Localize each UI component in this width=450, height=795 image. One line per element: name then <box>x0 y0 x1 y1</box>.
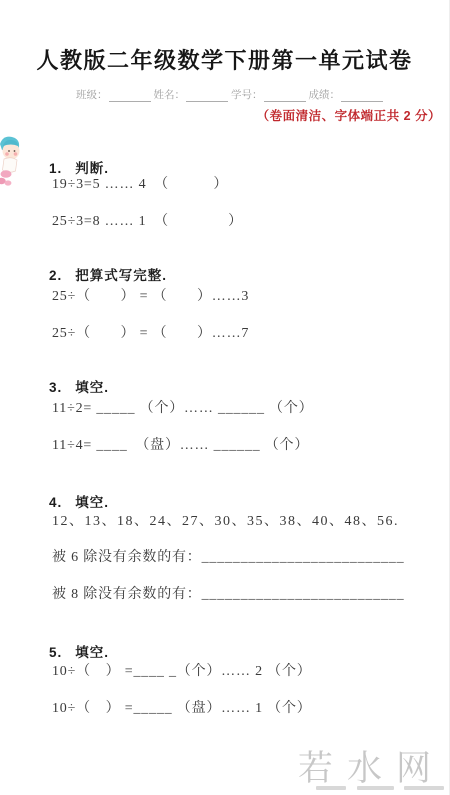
question-3-line-2: 11÷4= ____ （盘）…… ______ （个） <box>52 434 309 454</box>
student-info-row: 班级： 姓名： 学号： 成绩： <box>76 87 386 102</box>
question-number: 4. <box>49 495 62 510</box>
info-field-label: 班级： <box>76 87 108 102</box>
info-field-blank <box>109 91 151 102</box>
question-title: 填空. <box>75 645 109 660</box>
question-2-line-2: 25÷（ ） = （ ）……7 <box>52 322 249 342</box>
question-title: 填空. <box>75 495 109 510</box>
question-number: 2. <box>49 268 62 283</box>
mascot-icon <box>0 134 34 194</box>
info-field-label: 成绩： <box>309 87 341 102</box>
page-title: 人教版二年级数学下册第一单元试卷 <box>0 44 449 75</box>
info-field-label: 学号： <box>231 87 263 102</box>
question-1-line-1: 19÷3=5 …… 4 （ ） <box>52 173 228 193</box>
question-4-line-3: 被 8 除没有余数的有：__________________________ <box>52 583 404 603</box>
info-field-name: 姓名： <box>154 87 229 102</box>
question-1-line-2: 25÷3=8 …… 1 （ ） <box>52 210 243 230</box>
watermark: 若水网 <box>298 741 445 791</box>
watermark-subtext-3 <box>404 786 444 790</box>
info-field-blank <box>264 91 306 102</box>
info-field-blank <box>341 91 383 102</box>
question-5-line-2: 10÷（ ） =_____ （盘）…… 1 （个） <box>52 697 312 717</box>
info-field-score: 成绩： <box>309 87 384 102</box>
cleanliness-note: （卷面清洁、字体端正共 2 分） <box>257 106 441 124</box>
worksheet-page: 人教版二年级数学下册第一单元试卷 班级： 姓名： 学号： 成绩： （卷面清洁、字… <box>0 0 450 795</box>
question-number: 3. <box>49 380 62 395</box>
question-4-line-1: 12、13、18、24、27、30、35、38、40、48、56. <box>52 510 399 530</box>
question-title: 填空. <box>75 380 109 395</box>
watermark-subtext-2 <box>357 786 394 790</box>
question-4-line-2: 被 6 除没有余数的有：__________________________ <box>52 546 404 566</box>
watermark-subtext-1 <box>316 786 346 790</box>
question-number: 5. <box>49 645 62 660</box>
question-5-line-1: 10÷（ ） =____ _（个）…… 2 （个） <box>52 660 312 680</box>
info-field-student-id: 学号： <box>231 87 306 102</box>
question-3-line-1: 11÷2= _____ （个）…… ______ （个） <box>52 397 313 417</box>
info-field-label: 姓名： <box>154 87 186 102</box>
info-field-class: 班级： <box>76 87 151 102</box>
question-2-line-1: 25÷（ ） = （ ）……3 <box>52 285 249 305</box>
info-field-blank <box>186 91 228 102</box>
question-title: 把算式写完整. <box>75 268 167 283</box>
